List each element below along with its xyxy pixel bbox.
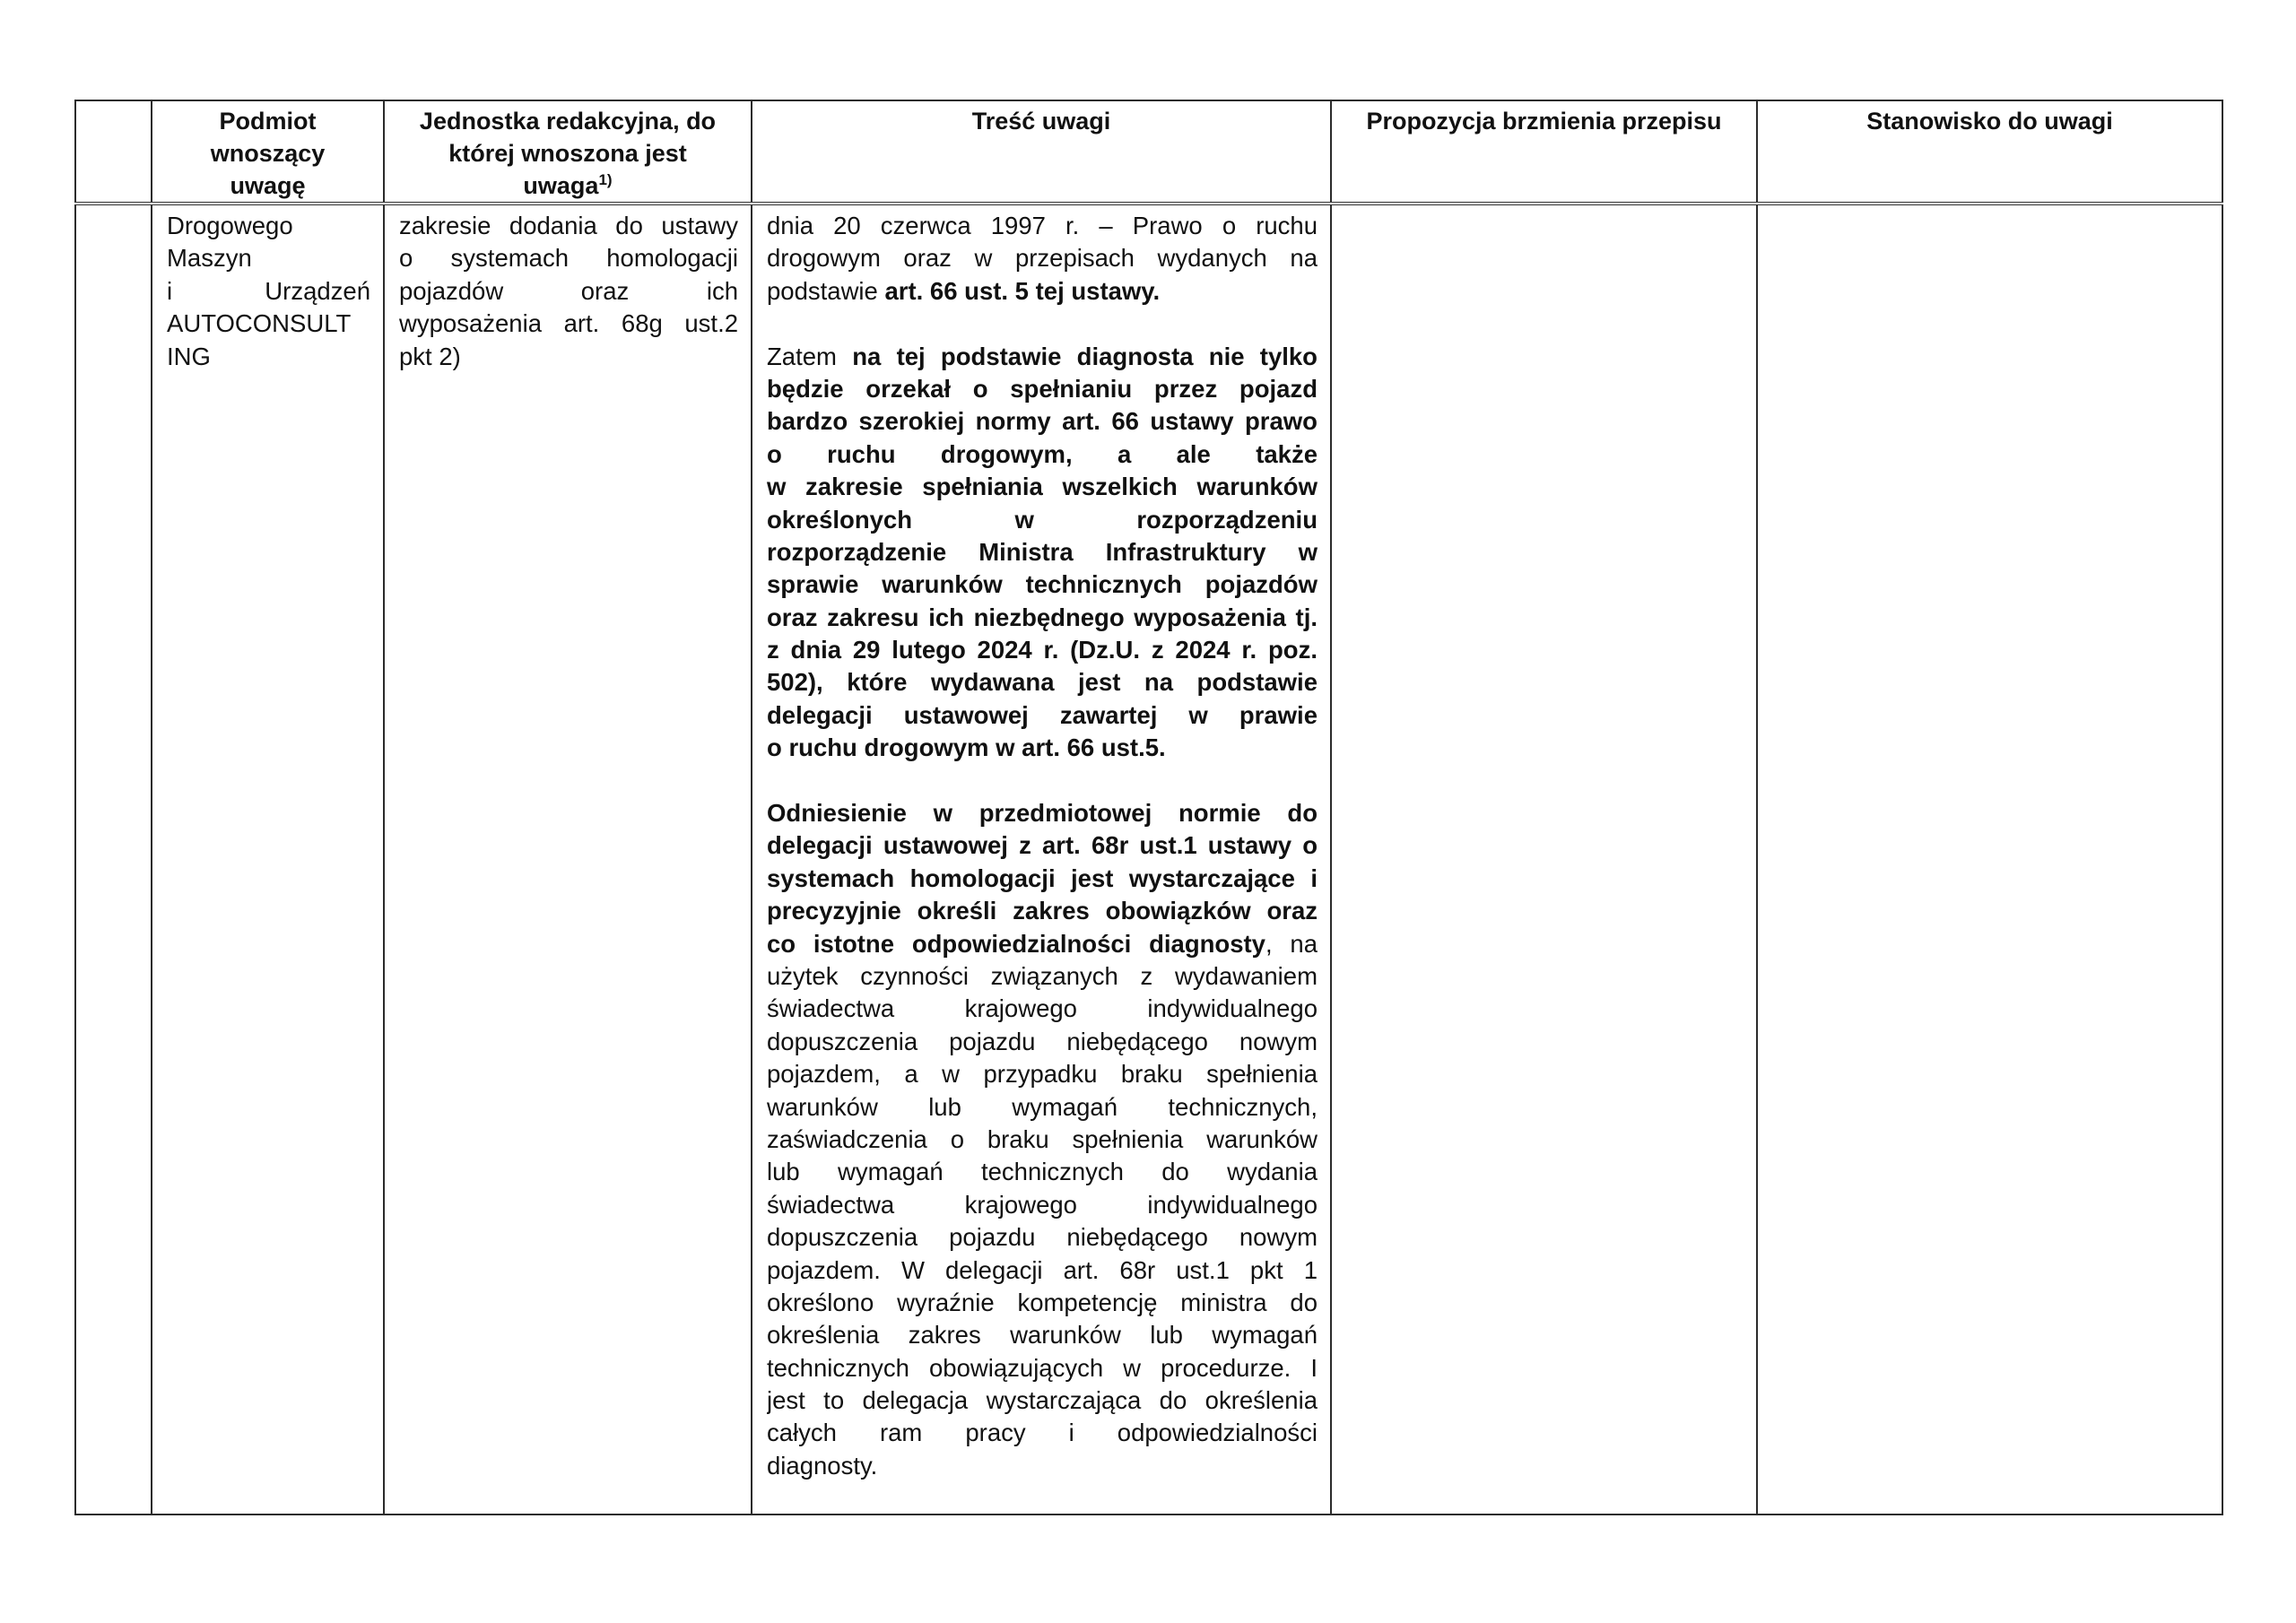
text-line: w zakresie spełniania wszelkich warunków <box>767 471 1318 503</box>
table-row: DrogowegoMaszyn i UrządzeńAUTOCONSULTING… <box>75 204 2222 1515</box>
plain-text: Maszyn <box>167 244 252 272</box>
plain-text: użytek czynności związanych z wydawaniem <box>767 962 1318 990</box>
bold-text: będzie orzekał o spełnianiu przez pojazd <box>767 375 1318 403</box>
text-line: Drogowego <box>167 210 370 242</box>
header-lp <box>75 100 152 204</box>
text-line: świadectwa krajowego indywidualnego <box>767 993 1318 1025</box>
header-propozycja: Propozycja brzmienia przepisu <box>1331 100 1757 204</box>
cell-tresc-uwagi: dnia 20 czerwca 1997 r. – Prawo o ruchud… <box>752 204 1331 1515</box>
text-line: ING <box>167 341 370 373</box>
plain-text: dnia 20 czerwca 1997 r. – Prawo o ruchu <box>767 212 1318 239</box>
text-line: AUTOCONSULT <box>167 308 370 340</box>
plain-text: , na <box>1265 930 1318 958</box>
bold-text: co istotne odpowiedzialności diagnosty <box>767 930 1265 958</box>
bold-text: w zakresie spełniania wszelkich warunków <box>767 473 1318 500</box>
bold-text: z dnia 29 lutego 2024 r. (Dz.U. z 2024 r… <box>767 636 1318 664</box>
header-tresc-uwagi: Treść uwagi <box>752 100 1331 204</box>
header-stanowisko: Stanowisko do uwagi <box>1757 100 2222 204</box>
bold-text: o ruchu drogowym, a ale także <box>767 440 1318 468</box>
text-line: pkt 2) <box>399 341 738 373</box>
plain-text: o systemach homologacji <box>399 244 738 272</box>
bold-text: delegacji ustawowej zawartej w prawie <box>767 701 1318 729</box>
bold-text: określonych w rozporządzeniu <box>767 506 1318 534</box>
text-line: delegacji ustawowej zawartej w prawie <box>767 699 1318 732</box>
text-line: Odniesienie w przedmiotowej normie do <box>767 797 1318 829</box>
plain-text: pojazdem. W delegacji art. 68r ust.1 pkt… <box>767 1256 1318 1284</box>
text-line: dnia 20 czerwca 1997 r. – Prawo o ruchu <box>767 210 1318 242</box>
cell-jednostka: zakresie dodania do ustawyo systemach ho… <box>384 204 752 1515</box>
text-line: technicznych obowiązujących w procedurze… <box>767 1352 1318 1384</box>
plain-text: technicznych obowiązujących w procedurze… <box>767 1354 1318 1382</box>
plain-text: warunków lub wymagań technicznych, <box>767 1093 1318 1121</box>
cell-podmiot: DrogowegoMaszyn i UrządzeńAUTOCONSULTING <box>152 204 384 1515</box>
plain-text: ING <box>167 343 211 370</box>
text-line: określono wyraźnie kompetencję ministra … <box>767 1287 1318 1319</box>
text-line: sprawie warunków technicznych pojazdów <box>767 568 1318 601</box>
bold-text: delegacji ustawowej z art. 68r ust.1 ust… <box>767 831 1318 859</box>
text-line: diagnosty. <box>767 1450 1318 1482</box>
bold-text: bardzo szerokiej normy art. 66 ustawy pr… <box>767 407 1318 435</box>
text-line: zaświadczenia o braku spełnienia warunkó… <box>767 1124 1318 1156</box>
plain-text: AUTOCONSULT <box>167 309 351 337</box>
comments-table: Podmiot wnoszący uwagę Jednostka redakcy… <box>74 100 2223 1515</box>
plain-text: lub wymagań technicznych do wydania <box>767 1158 1318 1185</box>
text-line: dopuszczenia pojazdu niebędącego nowym <box>767 1221 1318 1254</box>
text-line: oraz zakresu ich niezbędnego wyposażenia… <box>767 602 1318 634</box>
cell-propozycja <box>1331 204 1757 1515</box>
text-line: zakresie dodania do ustawy <box>399 210 738 242</box>
bold-text: na tej podstawie diagnosta nie tylko <box>852 343 1318 370</box>
text-line: dopuszczenia pojazdu niebędącego nowym <box>767 1026 1318 1058</box>
text-line: całych ram pracy i odpowiedzialności <box>767 1417 1318 1449</box>
header-jednostka-redakcyjna: Jednostka redakcyjna, do której wnoszona… <box>384 100 752 204</box>
text-line: Maszyn <box>167 242 370 274</box>
plain-text: świadectwa krajowego indywidualnego <box>767 994 1318 1022</box>
plain-text: pojazdem, a w przypadku braku spełnienia <box>767 1060 1318 1088</box>
plain-text: określenia zakres warunków lub wymagań <box>767 1321 1318 1349</box>
text-line: użytek czynności związanych z wydawaniem <box>767 960 1318 993</box>
text-line: o ruchu drogowym w art. 66 ust.5. <box>767 732 1318 764</box>
text-line: drogowym oraz w przepisach wydanych na <box>767 242 1318 274</box>
bold-text: o ruchu drogowym w art. 66 ust.5. <box>767 733 1166 761</box>
header-jednostka-last: uwaga <box>523 172 598 199</box>
bold-text: Odniesienie w przedmiotowej normie do <box>767 799 1318 827</box>
bold-text: art. 66 ust. 5 tej ustawy. <box>884 277 1160 305</box>
text-line: i Urządzeń <box>167 275 370 308</box>
text-line: warunków lub wymagań technicznych, <box>767 1091 1318 1124</box>
text-line: z dnia 29 lutego 2024 r. (Dz.U. z 2024 r… <box>767 634 1318 666</box>
plain-text: świadectwa krajowego indywidualnego <box>767 1191 1318 1219</box>
paragraph-gap <box>767 308 1318 340</box>
text-line: delegacji ustawowej z art. 68r ust.1 ust… <box>767 829 1318 862</box>
document-page: Podmiot wnoszący uwagę Jednostka redakcy… <box>0 0 2296 1623</box>
text-line: 502), które wydawana jest na podstawie <box>767 666 1318 699</box>
text-line: lub wymagań technicznych do wydania <box>767 1156 1318 1188</box>
bold-text: sprawie warunków technicznych pojazdów <box>767 570 1318 598</box>
plain-text: drogowym oraz w przepisach wydanych na <box>767 244 1318 272</box>
text-line: rozporządzenie Ministra Infrastruktury w <box>767 536 1318 568</box>
cell-stanowisko <box>1757 204 2222 1515</box>
plain-text: całych ram pracy i odpowiedzialności <box>767 1419 1318 1446</box>
footnote-mark: 1) <box>598 171 612 188</box>
text-line: pojazdem. W delegacji art. 68r ust.1 pkt… <box>767 1254 1318 1287</box>
text-line: pojazdów oraz ich <box>399 275 738 308</box>
text-line: systemach homologacji jest wystarczające… <box>767 863 1318 895</box>
text-line: precyzyjnie określi zakres obowiązków or… <box>767 895 1318 927</box>
plain-text: i Urządzeń <box>167 277 370 305</box>
plain-text: pkt 2) <box>399 343 461 370</box>
plain-text: zaświadczenia o braku spełnienia warunkó… <box>767 1125 1318 1153</box>
plain-text: Zatem <box>767 343 852 370</box>
cell-lp <box>75 204 152 1515</box>
bold-text: 502), które wydawana jest na podstawie <box>767 668 1318 696</box>
plain-text: dopuszczenia pojazdu niebędącego nowym <box>767 1028 1318 1055</box>
table-header-row: Podmiot wnoszący uwagę Jednostka redakcy… <box>75 100 2222 204</box>
text-line: co istotne odpowiedzialności diagnosty, … <box>767 928 1318 960</box>
text-line: określonych w rozporządzeniu <box>767 504 1318 536</box>
plain-text: określono wyraźnie kompetencję ministra … <box>767 1289 1318 1316</box>
plain-text: zakresie dodania do ustawy <box>399 212 738 239</box>
text-line: o ruchu drogowym, a ale także <box>767 438 1318 471</box>
text-line: świadectwa krajowego indywidualnego <box>767 1189 1318 1221</box>
text-line: pojazdem, a w przypadku braku spełnienia <box>767 1058 1318 1090</box>
paragraph-gap <box>767 765 1318 797</box>
text-line: wyposażenia art. 68g ust.2 <box>399 308 738 340</box>
text-line: będzie orzekał o spełnianiu przez pojazd <box>767 373 1318 405</box>
plain-text: dopuszczenia pojazdu niebędącego nowym <box>767 1223 1318 1251</box>
text-line: bardzo szerokiej normy art. 66 ustawy pr… <box>767 405 1318 438</box>
plain-text: Drogowego <box>167 212 293 239</box>
bold-text: precyzyjnie określi zakres obowiązków or… <box>767 897 1318 924</box>
plain-text: diagnosty. <box>767 1452 877 1480</box>
plain-text: wyposażenia art. 68g ust.2 <box>399 309 738 337</box>
plain-text: jest to delegacja wystarczająca do okreś… <box>767 1386 1318 1414</box>
header-podmiot: Podmiot wnoszący uwagę <box>152 100 384 204</box>
bold-text: systemach homologacji jest wystarczające… <box>767 864 1318 892</box>
text-line: jest to delegacja wystarczająca do okreś… <box>767 1384 1318 1417</box>
bold-text: rozporządzenie Ministra Infrastruktury w <box>767 538 1318 566</box>
text-line: Zatem na tej podstawie diagnosta nie tyl… <box>767 341 1318 373</box>
text-line: określenia zakres warunków lub wymagań <box>767 1319 1318 1351</box>
text-line: podstawie art. 66 ust. 5 tej ustawy. <box>767 275 1318 308</box>
text-line: o systemach homologacji <box>399 242 738 274</box>
plain-text: pojazdów oraz ich <box>399 277 738 305</box>
plain-text: podstawie <box>767 277 884 305</box>
bold-text: oraz zakresu ich niezbędnego wyposażenia… <box>767 603 1318 631</box>
